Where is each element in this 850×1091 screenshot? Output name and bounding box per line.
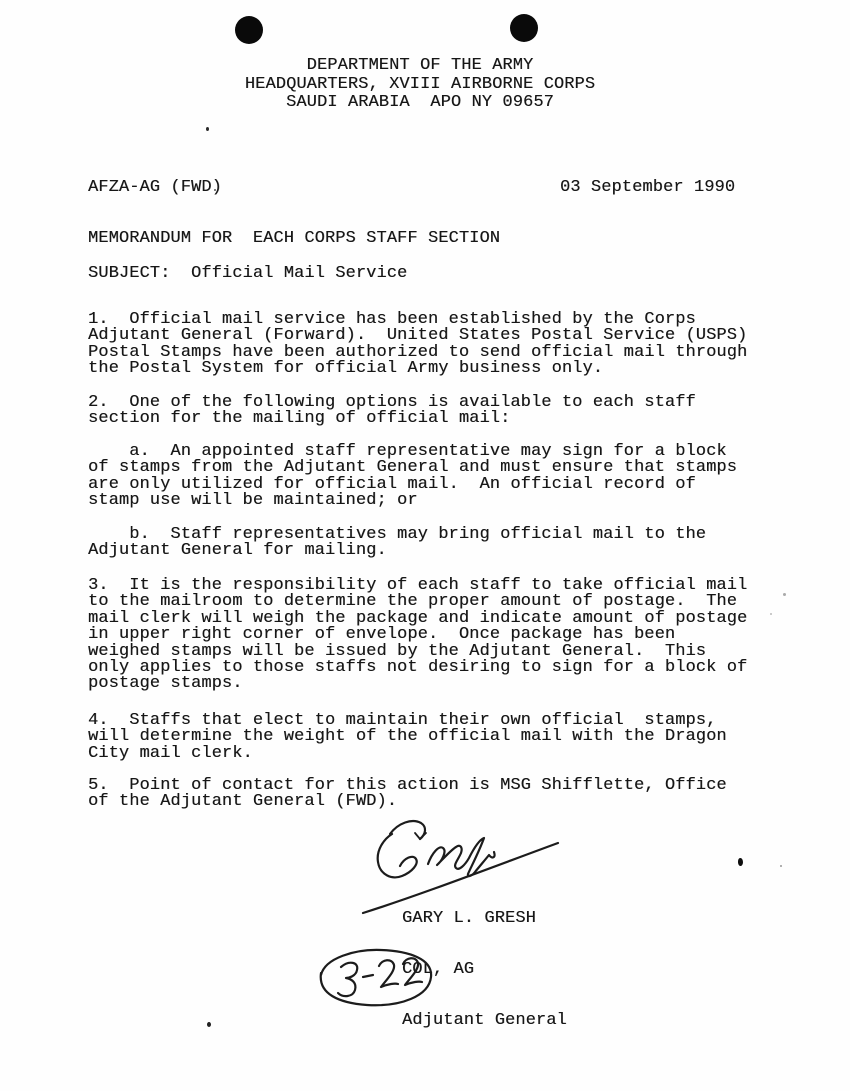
- paragraph-5: 5. Point of contact for this action is M…: [88, 778, 727, 811]
- letterhead-headquarters-line: HEADQUARTERS, XVIII AIRBORNE CORPS: [0, 76, 840, 95]
- office-symbol: AFZA-AG (FWD): [88, 178, 222, 197]
- letterhead-location-line: SAUDI ARABIA APO NY 09657: [0, 94, 840, 113]
- handwritten-signature: [340, 812, 580, 922]
- paragraph-2: 2. One of the following options is avail…: [88, 395, 696, 428]
- paragraph-4: 4. Staffs that elect to maintain their o…: [88, 713, 727, 762]
- scan-speck: [214, 189, 216, 191]
- paragraph-2b: b. Staff representatives may bring offic…: [88, 527, 706, 560]
- handwritten-circled-note: [305, 945, 445, 1015]
- memo-date: 03 September 1990: [560, 178, 735, 197]
- scan-speck: [783, 593, 786, 596]
- scan-speck: [206, 127, 209, 131]
- scan-speck: [207, 1022, 211, 1027]
- letterhead-department-line: DEPARTMENT OF THE ARMY: [0, 57, 840, 76]
- paragraph-1: 1. Official mail service has been establ…: [88, 312, 747, 378]
- memo-document-page: DEPARTMENT OF THE ARMY HEADQUARTERS, XVI…: [0, 0, 850, 1091]
- paragraph-2a: a. An appointed staff representative may…: [88, 444, 737, 510]
- paragraph-3: 3. It is the responsibility of each staf…: [88, 578, 747, 693]
- ink-mark: [738, 858, 743, 866]
- hole-punch-right: [510, 14, 538, 42]
- subject-line: SUBJECT: Official Mail Service: [88, 264, 407, 283]
- hole-punch-left: [235, 16, 263, 44]
- memorandum-for-line: MEMORANDUM FOR EACH CORPS STAFF SECTION: [88, 229, 500, 248]
- scan-speck: [780, 865, 782, 867]
- letterhead: DEPARTMENT OF THE ARMY HEADQUARTERS, XVI…: [0, 57, 840, 113]
- scan-speck: [770, 613, 772, 615]
